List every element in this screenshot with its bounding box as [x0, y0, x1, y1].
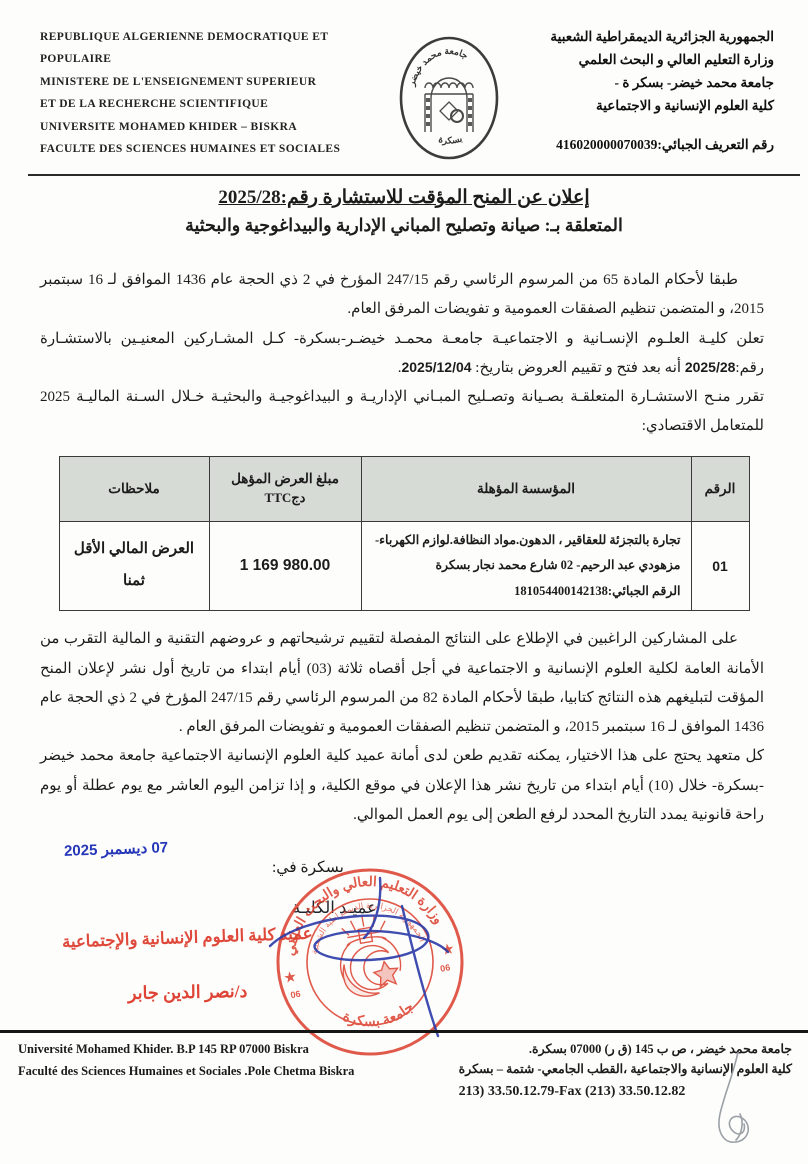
- header-ar-line: كلية العلوم الإنسانية و الاجتماعية: [506, 95, 774, 118]
- university-logo: جامعة محمد خيضر ب: [392, 26, 506, 164]
- paragraph-decree: طبقا لأحكام المادة 65 من المرسوم الرئاسي…: [40, 266, 764, 325]
- col-header-amount: مبلغ العرض المؤهل دجTTC: [209, 456, 361, 521]
- footer-french-block: Université Mohamed Khider. B.P 145 RP 07…: [18, 1039, 354, 1103]
- header-fr-line: FACULTE DES SCIENCES HUMAINES ET SOCIALE…: [40, 138, 392, 160]
- paragraph-announcement-text: أنه بعد فتح و تقييم العروض بتاريخ:: [472, 360, 685, 376]
- col-header-amount-line1: مبلغ العرض المؤهل: [211, 471, 360, 487]
- document-footer: Université Mohamed Khider. B.P 145 RP 07…: [0, 1030, 808, 1103]
- header-fr-line: REPUBLIQUE ALGERIENNE DEMOCRATIQUE ET: [40, 26, 392, 48]
- signature-area: 07 ديسمبر 2025 بسكرة في: عميـد الكليـة ع…: [0, 836, 808, 1044]
- body-text: طبقا لأحكام المادة 65 من المرسوم الرئاسي…: [0, 266, 808, 442]
- header-french-block: REPUBLIQUE ALGERIENNE DEMOCRATIQUE ET PO…: [40, 26, 392, 161]
- cell-amount: 1 169 980.00: [209, 521, 361, 611]
- cell-organization: تجارة بالتجزئة للعقاقير ، الدهون.مواد ال…: [361, 521, 691, 611]
- cell-number: 01: [691, 521, 749, 611]
- col-header-organization: المؤسسة المؤهلة: [361, 456, 691, 521]
- notes-line1: العرض المالي الأقل: [68, 534, 201, 566]
- header-fr-line: UNIVERSITE MOHAMED KHIDER – BISKRA: [40, 116, 392, 138]
- header-divider: [28, 174, 800, 176]
- organization-activity: تجارة بالتجزئة للعقاقير ، الدهون.مواد ال…: [372, 528, 681, 554]
- paragraph-decision: تقرر منـح الاستشـارة المتعلقـة بصـيانة و…: [40, 383, 764, 442]
- handwritten-paraph: [694, 1052, 774, 1162]
- evaluation-date: 2025/12/04: [401, 359, 471, 375]
- footer-fr-line2: Faculté des Sciences Humaines et Sociale…: [18, 1061, 354, 1083]
- organization-name-address: مزهودي عبد الرحيم- 02 شارع محمد نجار بسك…: [372, 553, 681, 579]
- university-logo-icon: جامعة محمد خيضر ب: [395, 32, 503, 164]
- header-fr-line: ET DE LA RECHERCHE SCIENTIFIQUE: [40, 93, 392, 115]
- cell-notes: العرض المالي الأقل ثمنا: [59, 521, 209, 611]
- announcement-title: إعلان عن المنح المؤقت للاستشارة رقم:2025…: [0, 186, 808, 209]
- header-ar-line: جامعة محمد خيضر- بسكر ة -: [506, 72, 774, 95]
- consultation-number: 2025/28: [685, 359, 736, 375]
- paragraph-announcement: تعلن كليـة العلـوم الإنسـانية و الاجتماع…: [40, 325, 764, 384]
- document-page: REPUBLIQUE ALGERIENNE DEMOCRATIQUE ET PO…: [0, 0, 808, 1164]
- header-fr-line: MINISTERE DE L'ENSEIGNEMENT SUPERIEUR: [40, 71, 392, 93]
- paragraph-results-access: على المشاركين الراغبين في الإطلاع على ال…: [40, 625, 764, 742]
- handwritten-signature: [252, 876, 482, 1041]
- fiscal-id-line: رقم التعريف الجبائي:416020000070039: [506, 134, 774, 157]
- footer-fr-line1: Université Mohamed Khider. B.P 145 RP 07…: [18, 1039, 354, 1061]
- header-ar-line: الجمهورية الجزائرية الديمقراطية الشعبية: [506, 26, 774, 49]
- document-header: REPUBLIQUE ALGERIENNE DEMOCRATIQUE ET PO…: [0, 0, 808, 164]
- post-table-text: على المشاركين الراغبين في الإطلاع على ال…: [0, 625, 808, 830]
- notes-line2: ثمنا: [68, 566, 201, 598]
- date-stamp: 07 ديسمبر 2025: [64, 838, 169, 860]
- header-ar-line: وزارة التعليم العالي و البحث العلمي: [506, 49, 774, 72]
- col-header-notes: ملاحظات: [59, 456, 209, 521]
- dean-name: د/نصر الدين جابر: [128, 981, 248, 1004]
- title-block: إعلان عن المنح المؤقت للاستشارة رقم:2025…: [0, 186, 808, 236]
- announcement-subtitle: المتعلقة بـ: صيانة وتصليح المباني الإدار…: [0, 215, 808, 236]
- svg-text:بسكرة: بسكرة: [437, 133, 463, 146]
- col-header-amount-line2: دجTTC: [211, 490, 360, 506]
- col-header-number: الرقم: [691, 456, 749, 521]
- table-row: 01 تجارة بالتجزئة للعقاقير ، الدهون.مواد…: [59, 521, 749, 611]
- header-arabic-block: الجمهورية الجزائرية الديمقراطية الشعبية …: [506, 26, 774, 157]
- paragraph-appeal: كل متعهد يحتج على هذا الاختيار، يمكنه تق…: [40, 742, 764, 830]
- table-header-row: الرقم المؤسسة المؤهلة مبلغ العرض المؤهل …: [59, 456, 749, 521]
- header-fr-line: POPULAIRE: [40, 48, 392, 70]
- organization-fiscal-id: الرقم الجبائي:181054400142138: [372, 579, 681, 605]
- award-table: الرقم المؤسسة المؤهلة مبلغ العرض المؤهل …: [59, 456, 750, 612]
